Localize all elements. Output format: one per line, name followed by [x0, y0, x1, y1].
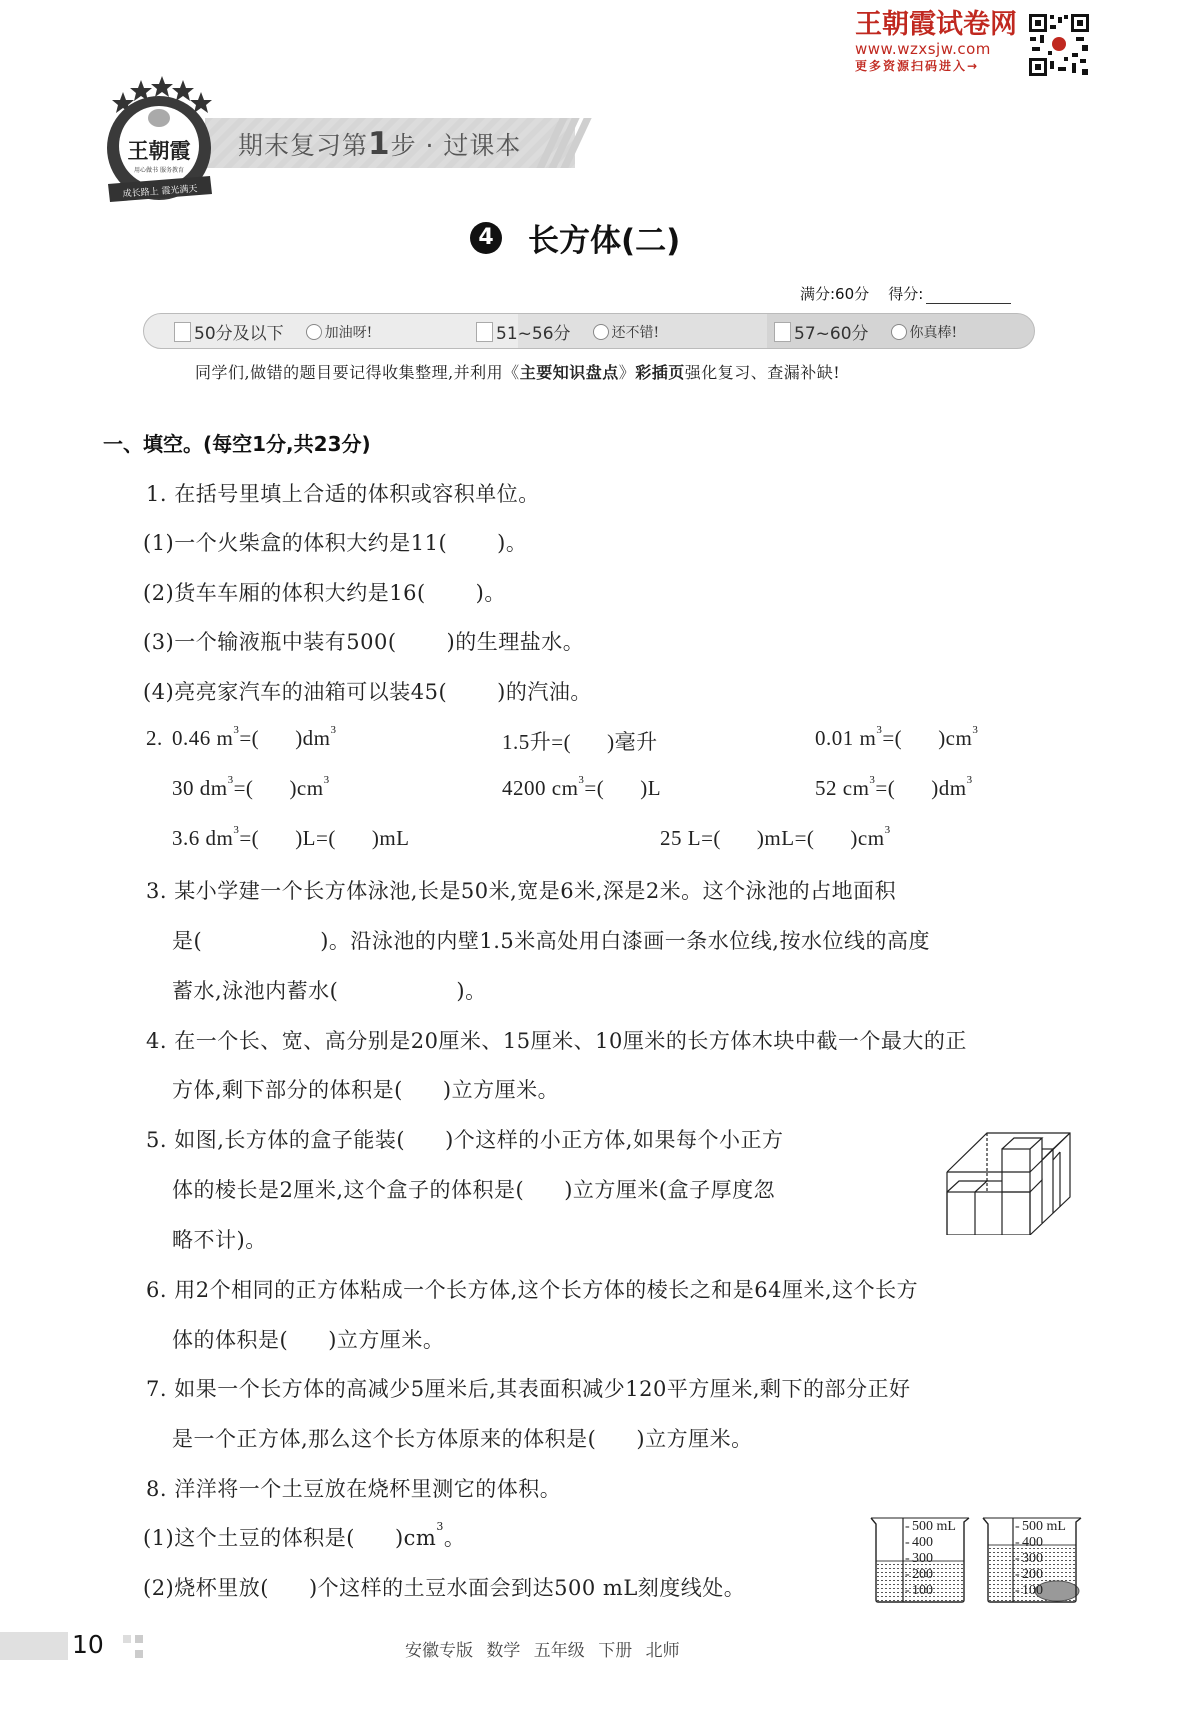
- svg-text:200: 200: [912, 1567, 933, 1582]
- svg-text:-: -: [1015, 1551, 1020, 1566]
- question-1-item: (4)亮亮家汽车的油箱可以装45()的汽油。: [143, 676, 592, 706]
- conversion-item: 30 dm3=()cm3: [172, 776, 330, 801]
- banner-title: 期末复习第1步 · 过课本: [238, 126, 521, 162]
- smiley-icon: [306, 324, 322, 340]
- question-6-line: 6. 用2个相同的正方体粘成一个长方体,这个长方体的棱长之和是64厘米,这个长方: [146, 1274, 918, 1304]
- smiley-icon: [891, 324, 907, 340]
- beaker-figure: -500 mL -400 -300 -200 -100 -500 mL -400…: [865, 1500, 1090, 1605]
- chapter-number-badge: 4: [470, 222, 502, 254]
- brand-block: 王朝霞试卷网 www.wzxsjw.com 更多资源扫码进入→: [855, 10, 1030, 74]
- brand-title: 王朝霞试卷网: [855, 10, 1030, 40]
- section-title: 一、填空。(每空1分,共23分): [103, 428, 371, 457]
- svg-text:-: -: [1015, 1583, 1020, 1598]
- question-3-line: 是()。沿泳池的内壁1.5米高处用白漆画一条水位线,按水位线的高度: [172, 925, 930, 955]
- question-3-line: 蓄水,泳池内蓄水()。: [172, 975, 487, 1005]
- conversion-item: 0.46 m3=()dm3: [172, 726, 337, 751]
- svg-text:-: -: [905, 1551, 910, 1566]
- beaker-before: -500 mL -400 -300 -200 -100: [871, 1518, 969, 1602]
- conversion-item: 0.01 m3=()cm3: [815, 726, 978, 751]
- conversion-item: 4200 cm3=()L: [502, 776, 661, 801]
- question-7-line: 是一个正方体,那么这个长方体原来的体积是()立方厘米。: [172, 1423, 753, 1453]
- rating-bar: 50分及以下 加油呀! 51~56分 还不错! 57~60分 你真棒!: [143, 313, 1035, 349]
- chapter-title-text: 长方体(二): [528, 215, 680, 260]
- study-note: 同学们,做错的题目要记得收集整理,并利用《主要知识盘点》彩插页强化复习、查漏补缺…: [195, 360, 840, 383]
- beaker-after: -500 mL -400 -300 -200 -100: [983, 1518, 1081, 1602]
- conversion-item: 3.6 dm3=()L=()mL: [172, 826, 410, 851]
- svg-text:300: 300: [912, 1551, 933, 1566]
- svg-text:200: 200: [1022, 1567, 1043, 1582]
- score-label: 得分:: [888, 285, 923, 303]
- svg-text:-: -: [905, 1567, 910, 1582]
- svg-text:500 mL: 500 mL: [912, 1519, 956, 1534]
- question-2-number: 2.: [146, 726, 163, 751]
- svg-text:100: 100: [912, 1583, 933, 1598]
- question-5-line: 略不计)。: [172, 1224, 267, 1254]
- question-8-stem: 8. 洋洋将一个土豆放在烧杯里测它的体积。: [146, 1473, 561, 1503]
- question-4-line: 方体,剩下部分的体积是()立方厘米。: [172, 1074, 559, 1104]
- rating-checkbox[interactable]: [774, 322, 791, 342]
- question-1-stem: 1. 在括号里填上合适的体积或容积单位。: [146, 478, 540, 508]
- smiley-icon: [593, 324, 609, 340]
- question-4-line: 4. 在一个长、宽、高分别是20厘米、15厘米、10厘米的长方体木块中截一个最大…: [146, 1025, 967, 1055]
- svg-text:-: -: [1015, 1519, 1020, 1534]
- cuboid-box-figure: [945, 1125, 1075, 1235]
- svg-text:400: 400: [912, 1535, 933, 1550]
- svg-text:-: -: [905, 1583, 910, 1598]
- svg-text:400: 400: [1022, 1535, 1043, 1550]
- svg-text:用心做书 服务教育: 用心做书 服务教育: [134, 166, 184, 174]
- full-score: 满分:60分: [800, 285, 869, 303]
- conversion-item: 52 cm3=()dm3: [815, 776, 973, 801]
- svg-text:王朝霞: 王朝霞: [128, 138, 191, 163]
- conversion-item: 25 L=()mL=()cm3: [660, 826, 891, 851]
- rating-checkbox[interactable]: [174, 322, 191, 342]
- question-1-item: (2)货车车厢的体积大约是16()。: [143, 577, 506, 607]
- chapter-title: 4 长方体(二): [470, 215, 680, 260]
- footer-edition: 安徽专版 数学 五年级 下册 北师: [405, 1636, 680, 1661]
- publisher-logo: 王朝霞 用心做书 服务教育 成长路上 霞光满天: [100, 76, 218, 208]
- svg-text:-: -: [905, 1535, 910, 1550]
- question-1-item: (3)一个输液瓶中装有500()的生理盐水。: [143, 626, 584, 656]
- question-8-item: (1)这个土豆的体积是()cm3。: [143, 1522, 465, 1552]
- rating-item: 50分及以下 加油呀!: [174, 319, 372, 344]
- question-5-line: 体的棱长是2厘米,这个盒子的体积是()立方厘米(盒子厚度忽: [172, 1174, 775, 1204]
- question-1-item: (1)一个火柴盒的体积大约是11()。: [143, 527, 527, 557]
- brand-url[interactable]: www.wzxsjw.com: [855, 40, 1030, 58]
- svg-text:500 mL: 500 mL: [1022, 1519, 1066, 1534]
- svg-text:-: -: [1015, 1567, 1020, 1582]
- rating-item: 51~56分 还不错!: [476, 319, 659, 344]
- question-6-line: 体的体积是()立方厘米。: [172, 1324, 444, 1354]
- question-5-line: 5. 如图,长方体的盒子能装()个这样的小正方体,如果每个小正方: [146, 1124, 783, 1154]
- brand-subtitle: 更多资源扫码进入→: [855, 58, 1030, 74]
- qr-code-icon[interactable]: [1028, 13, 1090, 77]
- score-line: 满分:60分 得分:: [800, 283, 1011, 304]
- svg-text:100: 100: [1022, 1583, 1043, 1598]
- rating-checkbox[interactable]: [476, 322, 493, 342]
- score-input[interactable]: [926, 289, 1011, 304]
- conversion-item: 1.5升=()毫升: [502, 726, 658, 756]
- rating-item: 57~60分 你真棒!: [774, 319, 957, 344]
- page-number: 10: [72, 1630, 137, 1662]
- svg-text:-: -: [905, 1519, 910, 1534]
- question-7-line: 7. 如果一个长方体的高减少5厘米后,其表面积减少120平方厘米,剩下的部分正好: [146, 1373, 911, 1403]
- question-8-item: (2)烧杯里放()个这样的土豆水面会到达500 mL刻度线处。: [143, 1572, 745, 1602]
- page-number-bar: [0, 1632, 68, 1660]
- question-3-line: 3. 某小学建一个长方体泳池,长是50米,宽是6米,深是2米。这个泳池的占地面积: [146, 875, 896, 905]
- svg-text:-: -: [1015, 1535, 1020, 1550]
- svg-text:300: 300: [1022, 1551, 1043, 1566]
